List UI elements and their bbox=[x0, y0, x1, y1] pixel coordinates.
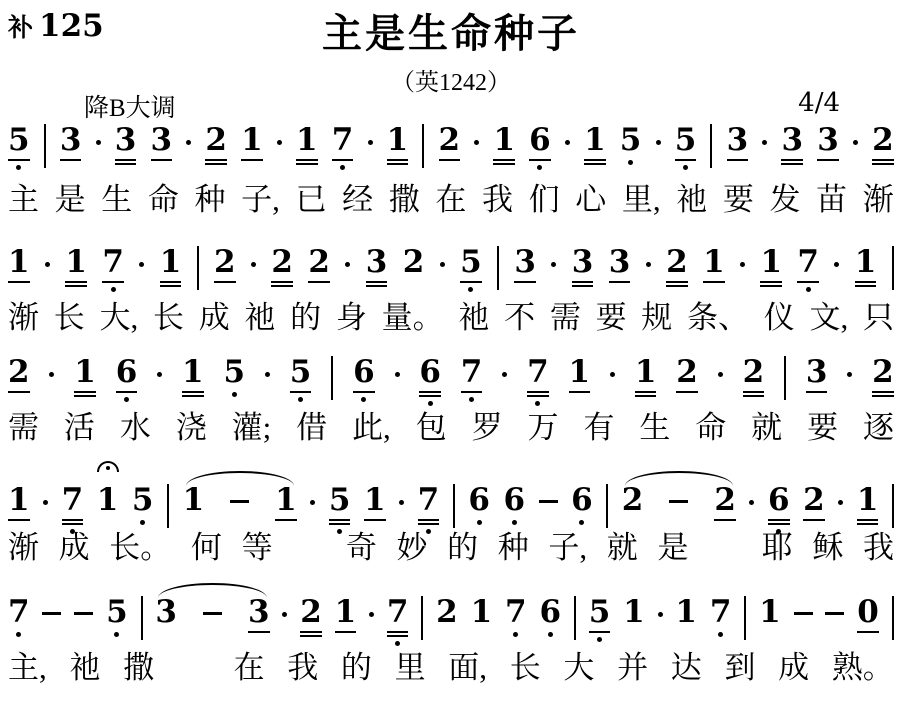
underline bbox=[857, 519, 879, 521]
note: 1 bbox=[759, 596, 781, 628]
note: 5 bbox=[675, 124, 697, 170]
note: 3 bbox=[60, 124, 82, 161]
note-number: 1 bbox=[296, 124, 318, 156]
note-number: 2 bbox=[403, 246, 425, 278]
underline bbox=[584, 163, 606, 165]
underline bbox=[797, 281, 819, 283]
hymn-sheet: 补125 主是生命种子 （英1242） 降B大调 4/4 53332117121… bbox=[0, 0, 902, 712]
underline bbox=[275, 519, 297, 521]
lyric-syllable: 要 bbox=[596, 300, 627, 336]
note-number: 1 bbox=[8, 484, 30, 516]
underline bbox=[439, 159, 461, 161]
rhythm-dot bbox=[277, 140, 282, 145]
note-number: 6 bbox=[353, 356, 375, 388]
underline bbox=[387, 163, 409, 165]
note: 1 bbox=[569, 356, 591, 393]
octave-dot bbox=[469, 397, 474, 402]
underline bbox=[8, 519, 30, 521]
note: 1 bbox=[160, 246, 182, 287]
octave-dot bbox=[16, 165, 21, 170]
rhythm-dot bbox=[853, 140, 858, 145]
lyric-syllable: 身 bbox=[336, 300, 367, 336]
note: 3 bbox=[806, 356, 828, 393]
lyric-syllable: 达 bbox=[671, 650, 702, 686]
note-number: 3 bbox=[781, 124, 803, 156]
note: 7 bbox=[461, 356, 483, 402]
rhythm-dot bbox=[565, 140, 570, 145]
lyric-syllable: 万 bbox=[528, 410, 559, 446]
note-number: 1 bbox=[387, 124, 409, 156]
rhythm-dot bbox=[265, 372, 270, 377]
underline bbox=[116, 391, 138, 393]
note: 5 bbox=[223, 356, 245, 397]
underline bbox=[817, 159, 839, 161]
lyric-syllable: 何 bbox=[191, 530, 222, 566]
underline bbox=[855, 285, 877, 287]
underline bbox=[65, 285, 87, 287]
barline bbox=[422, 124, 424, 168]
lyric-syllable: 撒 bbox=[123, 650, 154, 686]
note-number: 2 bbox=[439, 124, 461, 156]
underline bbox=[8, 159, 30, 161]
lyric-syllable: 熟。 bbox=[832, 650, 894, 686]
rhythm-dot bbox=[834, 262, 839, 267]
note-number: 6 bbox=[571, 484, 593, 516]
underline bbox=[8, 281, 30, 283]
note-number: 5 bbox=[223, 356, 245, 388]
note: 3 bbox=[248, 596, 270, 633]
note: 2 bbox=[436, 596, 458, 628]
barline bbox=[141, 596, 143, 640]
note-number: 3 bbox=[727, 124, 749, 156]
note-number: 7 bbox=[332, 124, 354, 156]
note: 3 bbox=[727, 124, 749, 161]
note-number: 5 bbox=[589, 596, 611, 628]
underline bbox=[743, 391, 765, 393]
note-number: 5 bbox=[675, 124, 697, 156]
note: 2 bbox=[803, 484, 825, 521]
lyric-syllable: 不 bbox=[504, 300, 535, 336]
rhythm-dot bbox=[43, 500, 48, 505]
note-number: 3 bbox=[151, 124, 173, 156]
note: 5 bbox=[589, 596, 611, 642]
note-number: 5 bbox=[460, 246, 482, 278]
note: 6 bbox=[419, 356, 441, 406]
underline bbox=[743, 395, 765, 397]
note-number: 6 bbox=[529, 124, 551, 156]
lyric-syllable: 的 bbox=[447, 530, 478, 566]
lyric-syllable: 耶 bbox=[762, 530, 793, 566]
lyric-syllable: 大, bbox=[99, 300, 138, 336]
note: 7 bbox=[332, 124, 354, 170]
note: 5 bbox=[460, 246, 482, 292]
barline bbox=[892, 246, 894, 290]
lyric-syllable: 命 bbox=[148, 182, 179, 218]
lyric-syllable: 长 bbox=[54, 300, 85, 336]
note: 7 bbox=[710, 596, 732, 637]
rhythm-dot bbox=[551, 262, 556, 267]
note: 1 bbox=[584, 124, 606, 165]
octave-dot bbox=[512, 520, 517, 525]
lyric-syllable: 渐 bbox=[863, 182, 894, 218]
underline bbox=[248, 631, 270, 633]
note-number: 5 bbox=[290, 356, 312, 388]
barline bbox=[421, 596, 423, 640]
duration-dash bbox=[203, 612, 222, 615]
lyric-syllable: 文, bbox=[810, 300, 849, 336]
underline bbox=[271, 285, 293, 287]
octave-dot bbox=[537, 165, 542, 170]
note-number: 2 bbox=[271, 246, 293, 278]
barline bbox=[892, 484, 894, 528]
underline bbox=[115, 163, 137, 165]
note: 7 bbox=[102, 246, 124, 292]
lyric-syllable: 只 bbox=[863, 300, 894, 336]
lyric-syllable: 奇 bbox=[346, 530, 377, 566]
note: 3 bbox=[366, 246, 388, 287]
underline bbox=[366, 281, 388, 283]
lyric-syllable: 灌; bbox=[232, 410, 272, 446]
note-number: 7 bbox=[8, 596, 30, 628]
note-number: 1 bbox=[335, 596, 357, 628]
underline bbox=[387, 159, 409, 161]
note-number: 3 bbox=[366, 246, 388, 278]
rhythm-dot bbox=[157, 372, 162, 377]
note: 2 bbox=[308, 246, 330, 283]
note: 6 bbox=[571, 484, 593, 525]
underline bbox=[857, 523, 879, 525]
note: 1 bbox=[275, 484, 297, 521]
lyric-syllable: 规 bbox=[641, 300, 672, 336]
underline bbox=[635, 391, 657, 393]
lyric-syllable: 等 bbox=[242, 530, 273, 566]
underline bbox=[387, 631, 409, 633]
lyric-syllable: 们 bbox=[529, 182, 560, 218]
note: 7 bbox=[797, 246, 819, 292]
note-number: 6 bbox=[539, 596, 561, 628]
underline bbox=[418, 523, 440, 525]
lyric-syllable: 渐 bbox=[8, 530, 39, 566]
note: 6 bbox=[353, 356, 375, 402]
underline bbox=[271, 281, 293, 283]
note-number: 7 bbox=[505, 596, 527, 628]
note: 1 bbox=[387, 124, 409, 165]
octave-dot bbox=[428, 401, 433, 406]
rhythm-dot bbox=[658, 612, 663, 617]
underline bbox=[419, 395, 441, 397]
note: 6 bbox=[529, 124, 551, 170]
note: 1 bbox=[183, 484, 205, 516]
note-number: 1 bbox=[760, 246, 782, 278]
underline bbox=[418, 519, 440, 521]
note-number: 6 bbox=[419, 356, 441, 388]
underline bbox=[460, 281, 482, 283]
lyric-syllable: 长。 bbox=[109, 530, 171, 566]
underline bbox=[803, 519, 825, 521]
underline bbox=[675, 159, 697, 161]
duration-dash bbox=[230, 500, 249, 503]
octave-dot bbox=[548, 632, 553, 637]
underline bbox=[703, 281, 725, 283]
lyric-syllable: 妙 bbox=[396, 530, 427, 566]
note-number: 1 bbox=[855, 246, 877, 278]
note-number: 2 bbox=[436, 596, 458, 628]
note-number: 5 bbox=[620, 124, 642, 156]
lyric-syllable: 长 bbox=[510, 650, 541, 686]
note-number: 5 bbox=[106, 596, 128, 628]
underline bbox=[714, 519, 736, 521]
lyric-syllable: 长 bbox=[153, 300, 184, 336]
underline bbox=[300, 635, 322, 637]
note-number: 2 bbox=[676, 356, 698, 388]
note-number: 5 bbox=[329, 484, 351, 516]
note: 1 bbox=[364, 484, 386, 521]
underline bbox=[160, 285, 182, 287]
rhythm-dot bbox=[395, 372, 400, 377]
lyrics-line-2: 渐长大,长成祂的身量。祂不需要规条、仪文,只 bbox=[0, 300, 902, 336]
rhythm-dot bbox=[186, 140, 191, 145]
note: 1 bbox=[296, 124, 318, 165]
lyric-syllable: 借 bbox=[296, 410, 327, 446]
underline bbox=[387, 635, 409, 637]
barline bbox=[497, 246, 499, 290]
underline bbox=[527, 391, 549, 393]
note-number: 5 bbox=[132, 484, 154, 516]
rhythm-dot bbox=[646, 262, 651, 267]
underline bbox=[589, 631, 611, 633]
lyric-syllable: 里 bbox=[395, 650, 426, 686]
note: 5 bbox=[329, 484, 351, 534]
barline bbox=[892, 596, 894, 640]
note-number: 3 bbox=[115, 124, 137, 156]
note-number: 6 bbox=[768, 484, 790, 516]
lyric-syllable: 成 bbox=[778, 650, 809, 686]
underline bbox=[296, 159, 318, 161]
note-number: 1 bbox=[74, 356, 96, 388]
note: 2 bbox=[8, 356, 30, 393]
notation-line-2: 117122232533321171 bbox=[0, 246, 902, 292]
underline bbox=[493, 163, 515, 165]
note: 5 bbox=[290, 356, 312, 402]
lyric-syllable: 包 bbox=[416, 410, 447, 446]
duration-dash bbox=[794, 612, 813, 615]
underline bbox=[335, 631, 357, 633]
note: 2 bbox=[872, 124, 894, 165]
note-number: 7 bbox=[527, 356, 549, 388]
rhythm-dot bbox=[718, 372, 723, 377]
duration-dash bbox=[42, 612, 61, 615]
lyric-syllable: 大 bbox=[563, 650, 594, 686]
octave-dot bbox=[16, 632, 21, 637]
note-number: 2 bbox=[300, 596, 322, 628]
underline bbox=[329, 523, 351, 525]
note: 2 bbox=[676, 356, 698, 393]
note: 5 bbox=[8, 124, 30, 170]
underline bbox=[760, 281, 782, 283]
lyric-syllable: 里, bbox=[622, 182, 661, 218]
barline bbox=[574, 596, 576, 640]
note: 7 bbox=[418, 484, 440, 534]
note-number: 1 bbox=[97, 484, 119, 516]
note: 1 bbox=[760, 246, 782, 287]
barline bbox=[710, 124, 712, 168]
duration-dash bbox=[825, 612, 844, 615]
lyric-syllable: 心 bbox=[575, 182, 606, 218]
note-number: 1 bbox=[65, 246, 87, 278]
underline bbox=[781, 163, 803, 165]
note-number: 6 bbox=[503, 484, 525, 516]
note-number: 1 bbox=[471, 596, 493, 628]
note: 7 bbox=[387, 596, 409, 646]
note: 2 bbox=[743, 356, 765, 397]
rhythm-dot bbox=[749, 500, 754, 505]
note: 2 bbox=[666, 246, 688, 287]
note-number: 7 bbox=[461, 356, 483, 388]
underline bbox=[635, 395, 657, 397]
octave-dot bbox=[628, 160, 633, 165]
note-number: 2 bbox=[308, 246, 330, 278]
underline bbox=[62, 523, 84, 525]
note: 2 bbox=[622, 484, 644, 516]
lyric-syllable: 的 bbox=[341, 650, 372, 686]
underline bbox=[308, 281, 330, 283]
rhythm-dot bbox=[45, 262, 50, 267]
tie-group: 11 bbox=[183, 484, 297, 521]
note-number: 1 bbox=[241, 124, 263, 156]
underline bbox=[182, 395, 204, 397]
note: 1 bbox=[857, 484, 879, 525]
note: 7 bbox=[505, 596, 527, 637]
note: 5 bbox=[106, 596, 128, 637]
lyric-syllable: 要 bbox=[807, 410, 838, 446]
note-number: 3 bbox=[609, 246, 631, 278]
underline bbox=[514, 281, 536, 283]
note-number: 1 bbox=[275, 484, 297, 516]
octave-dot bbox=[718, 632, 723, 637]
rhythm-dot bbox=[345, 262, 350, 267]
note: 3 bbox=[572, 246, 594, 287]
lyric-syllable: 浇 bbox=[176, 410, 207, 446]
duration-dash bbox=[669, 500, 688, 503]
lyric-syllable: 命 bbox=[695, 410, 726, 446]
underline bbox=[872, 159, 894, 161]
note-number: 2 bbox=[743, 356, 765, 388]
rhythm-dot bbox=[251, 262, 256, 267]
note: 1 bbox=[241, 124, 263, 161]
note: 0 bbox=[857, 596, 879, 633]
lyric-syllable: 已 bbox=[296, 182, 327, 218]
note-number: 1 bbox=[182, 356, 204, 388]
rhythm-dot bbox=[368, 140, 373, 145]
underline bbox=[151, 159, 173, 161]
underline bbox=[572, 281, 594, 283]
octave-dot bbox=[395, 641, 400, 646]
note-number: 3 bbox=[806, 356, 828, 388]
tie-group: 33 bbox=[155, 596, 269, 633]
rhythm-dot bbox=[847, 372, 852, 377]
underline bbox=[609, 281, 631, 283]
note-number: 3 bbox=[514, 246, 536, 278]
rhythm-dot bbox=[139, 262, 144, 267]
note: 1 bbox=[635, 356, 657, 397]
octave-dot bbox=[468, 287, 473, 292]
note-number: 1 bbox=[569, 356, 591, 388]
underline bbox=[529, 159, 551, 161]
note-number: 2 bbox=[872, 356, 894, 388]
note-number: 7 bbox=[710, 596, 732, 628]
note: 1 bbox=[65, 246, 87, 287]
rhythm-dot bbox=[96, 140, 101, 145]
octave-dot bbox=[597, 637, 602, 642]
notation-line-1: 5333211712161553332 bbox=[0, 124, 902, 170]
underline bbox=[115, 159, 137, 161]
octave-dot bbox=[140, 520, 145, 525]
note-number: 0 bbox=[857, 596, 879, 628]
underline bbox=[205, 159, 227, 161]
lyric-syllable: 子, bbox=[548, 530, 587, 566]
rhythm-dot bbox=[369, 612, 374, 617]
lyric-syllable: 我 bbox=[482, 182, 513, 218]
note: 5 bbox=[620, 124, 642, 165]
underline bbox=[760, 285, 782, 287]
lyrics-line-4: 渐成长。何等奇妙的种子,就是耶稣我 bbox=[0, 530, 902, 566]
lyric-syllable: 仪 bbox=[764, 300, 795, 336]
octave-dot bbox=[340, 165, 345, 170]
underline bbox=[214, 281, 236, 283]
lyric-syllable: 需 bbox=[550, 300, 581, 336]
note-number: 7 bbox=[387, 596, 409, 628]
note: 2 bbox=[403, 246, 425, 278]
underline bbox=[419, 391, 441, 393]
page-title: 主是生命种子 bbox=[0, 2, 902, 59]
lyric-syllable: 祂 bbox=[458, 300, 489, 336]
note-number: 2 bbox=[803, 484, 825, 516]
rhythm-dot bbox=[610, 372, 615, 377]
notation-line-3: 2161556677112232 bbox=[0, 356, 902, 406]
underline bbox=[781, 159, 803, 161]
note: 7 bbox=[527, 356, 549, 406]
note: 1 bbox=[8, 484, 30, 521]
note: 5 bbox=[132, 484, 154, 525]
lyric-syllable: 有 bbox=[583, 410, 614, 446]
lyric-syllable: 条、 bbox=[687, 300, 749, 336]
lyric-syllable: 是 bbox=[657, 530, 688, 566]
note-number: 7 bbox=[102, 246, 124, 278]
notation-line-4: 17151151766622621 bbox=[0, 484, 902, 534]
underline bbox=[872, 163, 894, 165]
note-number: 1 bbox=[857, 484, 879, 516]
underline bbox=[300, 631, 322, 633]
lyric-syllable: 撒 bbox=[389, 182, 420, 218]
lyric-syllable: 并 bbox=[617, 650, 648, 686]
lyric-syllable: 就 bbox=[607, 530, 638, 566]
underline bbox=[768, 523, 790, 525]
lyric-syllable: 种 bbox=[498, 530, 529, 566]
note-number: 1 bbox=[493, 124, 515, 156]
note: 1 bbox=[855, 246, 877, 287]
octave-dot bbox=[806, 287, 811, 292]
octave-dot bbox=[124, 397, 129, 402]
lyric-syllable: 生 bbox=[639, 410, 670, 446]
note-number: 6 bbox=[116, 356, 138, 388]
lyric-syllable: 要 bbox=[723, 182, 754, 218]
lyric-syllable: 种 bbox=[195, 182, 226, 218]
note: 3 bbox=[155, 596, 177, 628]
note-number: 2 bbox=[205, 124, 227, 156]
note-number: 5 bbox=[8, 124, 30, 156]
lyric-syllable: 主, bbox=[8, 650, 47, 686]
lyric-syllable: 活 bbox=[64, 410, 95, 446]
